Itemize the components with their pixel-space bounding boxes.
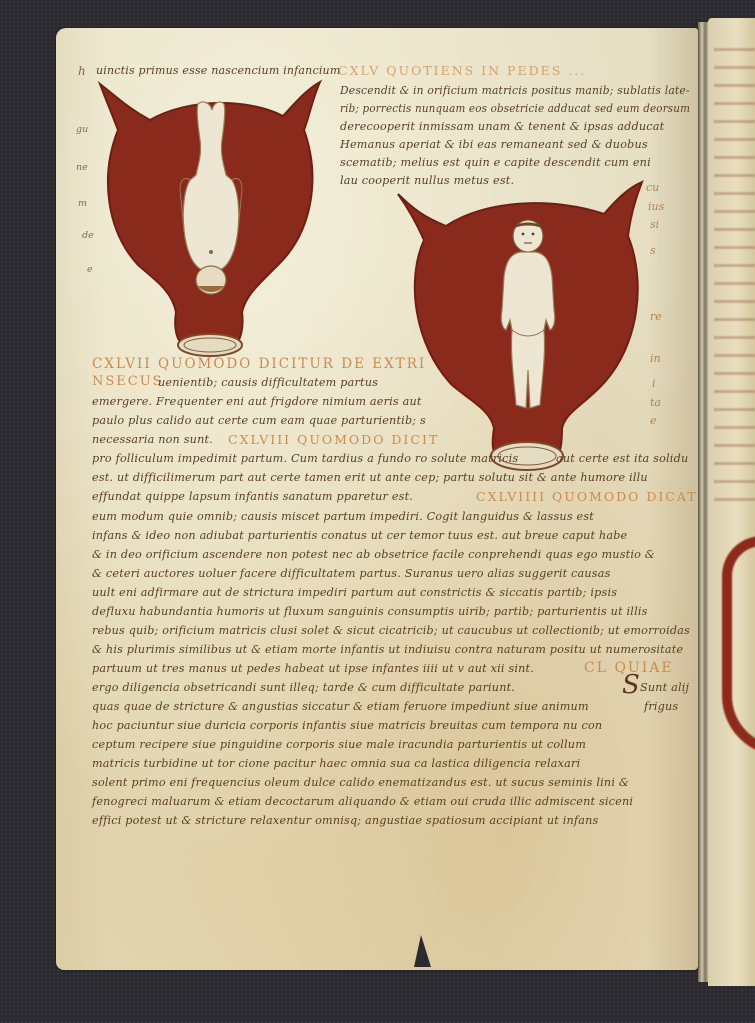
facing-text-line bbox=[714, 192, 755, 195]
margin-note: si bbox=[650, 218, 659, 231]
text-line: fenogreci maluarum & etiam decoctarum al… bbox=[92, 795, 633, 808]
margin-letter: h bbox=[78, 64, 86, 78]
text-line: necessaria non sunt. bbox=[92, 433, 213, 446]
facing-text-line bbox=[714, 498, 755, 501]
facing-text-line bbox=[714, 336, 755, 339]
facing-text-line bbox=[714, 138, 755, 141]
facing-page-edge bbox=[708, 18, 755, 986]
decorated-initial-s: S bbox=[622, 670, 640, 700]
facing-text-line bbox=[714, 462, 755, 465]
text-line: scematib; melius est quin e capite desce… bbox=[340, 156, 651, 169]
text-line: solent primo eni frequencius oleum dulce… bbox=[92, 776, 629, 789]
margin-note: cu bbox=[646, 181, 659, 194]
rubric-heading-top: CXLV QUOTIENS IN PEDES ... bbox=[338, 63, 586, 78]
text-line: rib; porrectis nunquam eos obsetricie ad… bbox=[340, 102, 690, 115]
margin-note: ius bbox=[648, 200, 664, 213]
facing-text-line bbox=[714, 120, 755, 123]
text-line: & ceteri auctores uoluer facere difficul… bbox=[92, 567, 611, 580]
text-line: Sunt alij bbox=[640, 681, 689, 694]
text-line: uenientib; causis difficultatem partus bbox=[158, 376, 378, 389]
margin-note: i bbox=[652, 377, 656, 390]
facing-text-line bbox=[714, 228, 755, 231]
text-line: Descendit & in orificium matricis positu… bbox=[340, 84, 690, 97]
text-line: ceptum recipere siue pinguidine corporis… bbox=[92, 738, 586, 751]
facing-uterus-illustration bbox=[722, 536, 755, 756]
text-line: est. ut difficilimerum part aut certe ta… bbox=[92, 471, 648, 484]
text-line: partuum ut tres manus ut pedes habeat ut… bbox=[92, 662, 534, 675]
text-line: matricis turbidine ut tor cione pacitur … bbox=[92, 757, 580, 770]
margin-note: ne bbox=[76, 162, 88, 173]
facing-text-line bbox=[714, 480, 755, 483]
margin-note: e bbox=[650, 414, 657, 427]
text-line: & in deo orificium ascendere non potest … bbox=[92, 548, 655, 561]
facing-text-line bbox=[714, 174, 755, 177]
text-line: frigus bbox=[644, 700, 678, 713]
margin-note: de bbox=[82, 230, 94, 241]
text-line: uult eni adfirmare aut de strictura impe… bbox=[92, 586, 617, 599]
facing-text-line bbox=[714, 156, 755, 159]
running-line: uinctis primus esse nascencium infancium bbox=[96, 64, 340, 77]
facing-text-line bbox=[714, 354, 755, 357]
binding-gutter bbox=[698, 22, 708, 982]
text-line: aut certe est ita solidu bbox=[556, 452, 688, 465]
uterus-breech-illustration bbox=[98, 80, 323, 365]
margin-note: s bbox=[650, 244, 656, 257]
rubric-heading-cxlviiii: CXLVIIII QUOMODO DICAT bbox=[476, 489, 698, 504]
facing-text-line bbox=[714, 282, 755, 285]
margin-note: ta bbox=[650, 396, 661, 409]
page-tear-notch bbox=[414, 935, 431, 967]
facing-text-line bbox=[714, 318, 755, 321]
text-line: emergere. Frequenter eni aut frigdore ni… bbox=[92, 395, 422, 408]
text-line: rebus quib; orificium matricis clusi sol… bbox=[92, 624, 690, 637]
text-line: defluxu habundantia humoris ut fluxum sa… bbox=[92, 605, 648, 618]
text-line: eum modum quie omnib; causis miscet part… bbox=[92, 510, 594, 523]
rubric-heading-cxlvii: CXLVII QUOMODO DICITUR DE EXTRI bbox=[92, 356, 426, 372]
text-line: ergo diligencia obsetricandi sunt illeq;… bbox=[92, 681, 515, 694]
margin-note: in bbox=[650, 352, 661, 365]
margin-note: gu bbox=[76, 124, 88, 135]
facing-text-line bbox=[714, 210, 755, 213]
text-line: effici potest ut & stricture relaxentur … bbox=[92, 814, 598, 827]
margin-note: re bbox=[650, 310, 662, 323]
text-line: derecooperit inmissam unam & tenent & ip… bbox=[340, 120, 664, 133]
facing-text-line bbox=[714, 390, 755, 393]
margin-note: e bbox=[87, 264, 93, 275]
facing-text-line bbox=[714, 48, 755, 51]
facing-text-line bbox=[714, 102, 755, 105]
rubric-heading-cxlvii-cont: NSECUS bbox=[92, 374, 164, 389]
facing-text-line bbox=[714, 66, 755, 69]
margin-note: m bbox=[78, 198, 87, 209]
facing-text-line bbox=[714, 84, 755, 87]
facing-text-line bbox=[714, 444, 755, 447]
facing-text-line bbox=[714, 264, 755, 267]
facing-text-line bbox=[714, 408, 755, 411]
facing-text-line bbox=[714, 372, 755, 375]
text-line: hoc paciuntur siue duricia corporis infa… bbox=[92, 719, 602, 732]
facing-text-line bbox=[714, 246, 755, 249]
text-line: & his plurimis similibus ut & etiam mort… bbox=[92, 643, 683, 656]
text-line: pro folliculum impedimit partum. Cum tar… bbox=[92, 452, 518, 465]
rubric-heading-cxlviii: CXLVIII QUOMODO DICIT bbox=[228, 432, 439, 447]
text-line: paulo plus calido aut certe cum eam quae… bbox=[92, 414, 426, 427]
text-line: quas quae de stricture & angustias sicca… bbox=[92, 700, 589, 713]
text-line: infans & ideo non adiubat parturientis c… bbox=[92, 529, 627, 542]
facing-text-line bbox=[714, 426, 755, 429]
facing-text-line bbox=[714, 300, 755, 303]
text-line: Hemanus aperiat & ibi eas remaneant sed … bbox=[340, 138, 648, 151]
text-line: effundat quippe lapsum infantis sanatum … bbox=[92, 490, 413, 503]
